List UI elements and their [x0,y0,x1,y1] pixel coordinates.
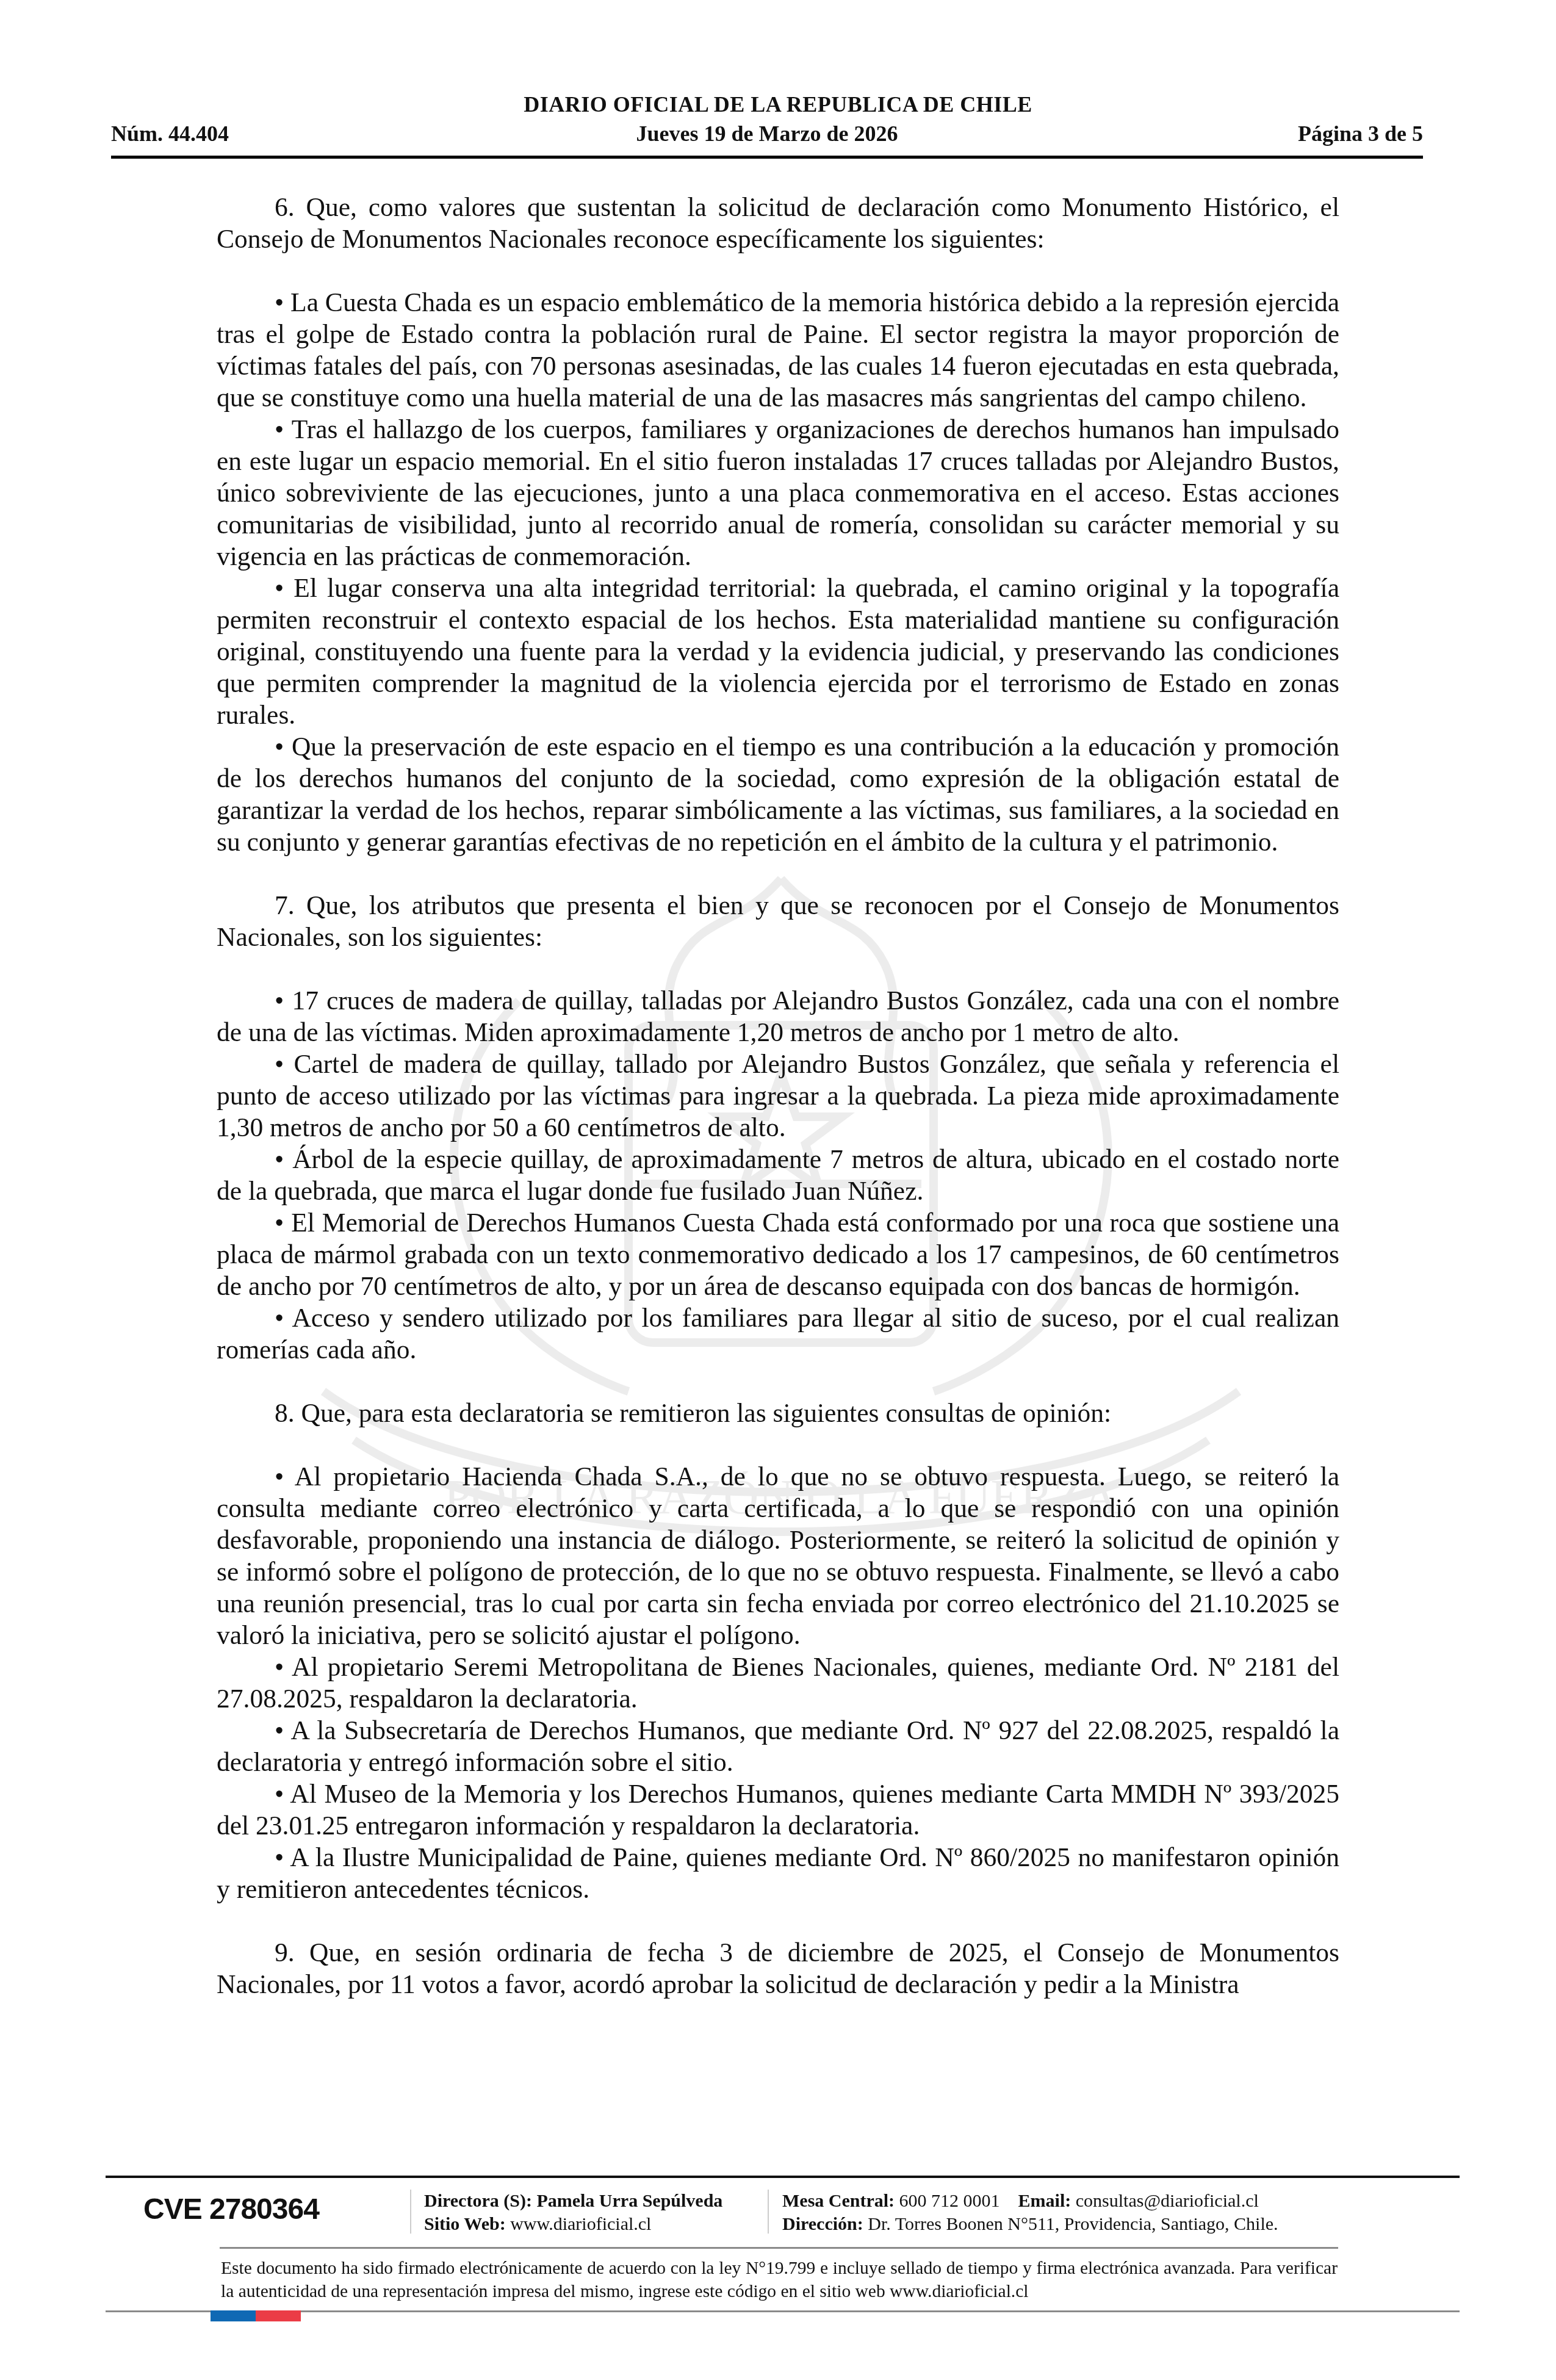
address-label: Dirección: [782,2214,863,2234]
flag-stripe-red [256,2310,301,2321]
phone-label: Mesa Central: [782,2191,895,2211]
header-divider [111,156,1423,159]
section-8-bullet: • A la Subsecretaría de Derechos Humanos… [217,1715,1339,1778]
issue-date: Jueves 19 de Marzo de 2026 [111,121,1423,146]
section-7-bullet: • El Memorial de Derechos Humanos Cuesta… [217,1207,1339,1302]
section-7-bullet: • 17 cruces de madera de quillay, tallad… [217,985,1339,1048]
section-8-bullet: • A la Ilustre Municipalidad de Paine, q… [217,1842,1339,1905]
footer-middle-divider [220,2247,1338,2249]
section-6-bullet: • La Cuesta Chada es un espacio emblemát… [217,287,1339,414]
director-label: Directora (S): [424,2191,532,2211]
phone-number: 600 712 0001 [899,2191,1000,2211]
section-7-bullet: • Acceso y sendero utilizado por los fam… [217,1302,1339,1366]
footer-separator [410,2190,411,2234]
address: Dr. Torres Boonen N°511, Providencia, Sa… [868,2214,1278,2234]
section-8-intro: 8. Que, para esta declaratoria se remiti… [217,1397,1339,1429]
section-7-bullet: • Árbol de la especie quillay, de aproxi… [217,1144,1339,1207]
newspaper-title: DIARIO OFICIAL DE LA REPUBLICA DE CHILE [0,92,1556,117]
section-6-intro: 6. Que, como valores que sustentan la so… [217,192,1339,255]
section-8-bullet: • Al Museo de la Memoria y los Derechos … [217,1778,1339,1842]
footer-director-block: Directora (S): Pamela Urra Sepúlveda Sit… [424,2190,722,2236]
cve-code: CVE 2780364 [143,2193,319,2226]
document-body: 6. Que, como valores que sustentan la so… [217,192,1339,2000]
footer-separator [768,2190,769,2234]
section-7-bullet: • Cartel de madera de quillay, tallado p… [217,1048,1339,1144]
website-label: Sitio Web: [424,2214,506,2234]
footer-top-divider [106,2176,1460,2178]
footer-contact-block: Mesa Central: 600 712 0001 Email: consul… [782,2190,1278,2236]
section-7-intro: 7. Que, los atributos que presenta el bi… [217,890,1339,953]
section-6-bullet: • Tras el hallazgo de los cuerpos, famil… [217,414,1339,572]
section-8-bullet: • Al propietario Seremi Metropolitana de… [217,1651,1339,1715]
email-link[interactable]: consultas@diarioficial.cl [1076,2191,1259,2211]
header-row: Núm. 44.404 Jueves 19 de Marzo de 2026 P… [111,121,1423,149]
page-indicator: Página 3 de 5 [1298,121,1423,146]
section-8-bullet: • Al propietario Hacienda Chada S.A., de… [217,1461,1339,1651]
email-label: Email: [1018,2191,1072,2211]
legal-notice: Este documento ha sido firmado electróni… [221,2257,1338,2303]
flag-stripe-blue [211,2310,256,2321]
section-6-bullet: • El lugar conserva una alta integridad … [217,572,1339,731]
director-name: Pamela Urra Sepúlveda [536,2191,722,2211]
website-link[interactable]: www.diarioficial.cl [510,2214,651,2234]
section-9-intro: 9. Que, en sesión ordinaria de fecha 3 d… [217,1937,1339,2000]
footer-bottom-divider [106,2310,1460,2312]
section-6-bullet: • Que la preservación de este espacio en… [217,731,1339,858]
